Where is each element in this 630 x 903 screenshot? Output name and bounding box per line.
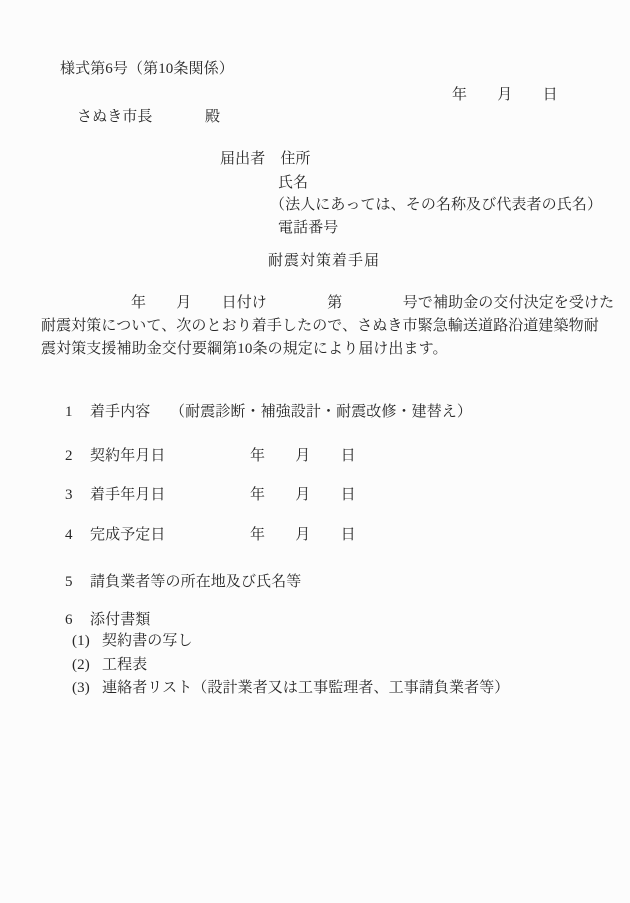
- form-number: 様式第6号（第10条関係）: [60, 62, 234, 77]
- attachment-label: 工程表: [102, 658, 147, 673]
- item-number: 3: [65, 488, 73, 503]
- addressee: さぬき市長: [77, 110, 153, 125]
- item-value: （耐震診断・補強設計・耐震改修・建替え）: [170, 405, 472, 420]
- item-number: 2: [65, 449, 73, 464]
- item-label: 契約年月日: [90, 449, 166, 464]
- item-label: 着手年月日: [90, 488, 166, 503]
- page-title: 耐震対策着手届: [268, 254, 380, 269]
- attachment-number: (3): [72, 681, 90, 696]
- item-value: 年 月 日: [250, 488, 356, 503]
- body-line-3: 震対策支援補助金交付要綱第10条の規定により届け出ます。: [41, 342, 448, 357]
- item-label: 着手内容: [90, 405, 150, 420]
- attachment-number: (1): [72, 634, 90, 649]
- item-label: 添付書類: [90, 613, 150, 628]
- item-number: 4: [65, 528, 73, 543]
- declarant-address-line: 届出者 住所: [220, 152, 311, 167]
- declarant-name-line: 氏名: [278, 176, 308, 191]
- item-value: 年 月 日: [250, 528, 356, 543]
- declarant-phone-line: 電話番号: [278, 221, 338, 236]
- body-line-2: 耐震対策について、次のとおり着手したので、さぬき市緊急輸送道路沿道建築物耐: [41, 319, 599, 334]
- attachment-label: 契約書の写し: [102, 634, 193, 649]
- body-line-1: 年 月 日付け 第 号で補助金の交付決定を受けた: [131, 296, 614, 311]
- item-number: 1: [65, 405, 73, 420]
- attachment-label: 連絡者リスト（設計業者又は工事監理者、工事請負業者等）: [102, 681, 509, 696]
- declarant-corporation-note: （法人にあっては、その名称及び代表者の氏名）: [270, 198, 602, 213]
- item-number: 6: [65, 613, 73, 628]
- attachment-number: (2): [72, 658, 90, 673]
- date-line: 年 月 日: [452, 88, 558, 103]
- item-label: 請負業者等の所在地及び氏名等: [90, 575, 301, 590]
- item-value: 年 月 日: [250, 449, 356, 464]
- addressee-honorific: 殿: [205, 110, 220, 125]
- item-label: 完成予定日: [90, 528, 166, 543]
- item-number: 5: [65, 575, 73, 590]
- form-page: 様式第6号（第10条関係） 年 月 日 さぬき市長 殿 届出者 住所 氏名 （法…: [0, 0, 630, 903]
